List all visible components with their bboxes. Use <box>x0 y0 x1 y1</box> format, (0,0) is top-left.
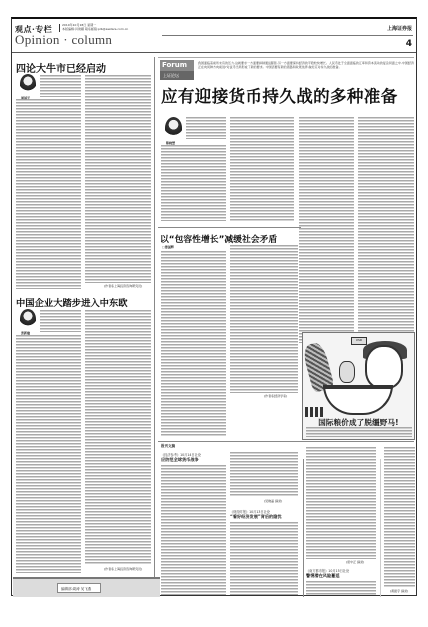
masthead: 观点·专栏 2010年10月18日 星期一 本版编辑:肖建疆 联系邮箱:plb@… <box>12 19 416 53</box>
digest-section-label: 报刊文摘 <box>161 444 175 449</box>
author-portrait <box>165 117 182 139</box>
cartoon-caption <box>306 427 412 437</box>
article-body <box>40 75 81 97</box>
author-name: □曾国辉 <box>162 245 174 249</box>
digest-body <box>161 465 226 595</box>
small-figure-illustration <box>339 361 355 383</box>
issue-meta: 2010年10月18日 星期一 本版编辑:肖建疆 联系邮箱:plb@asstar… <box>62 23 128 31</box>
section-divider <box>158 441 414 442</box>
author-credit: (作者系经济学家) <box>264 394 287 398</box>
article-body <box>85 310 151 565</box>
editorial-cartoon: USD 国际粮价成了脱缰野马! <box>302 332 415 440</box>
digest-title: 警惕潜在风险蔓延 <box>306 573 340 579</box>
editor-contact: 本版编辑:肖建疆 联系邮箱:plb@asstars.com.cn <box>62 27 128 31</box>
bowl-illustration <box>323 385 393 415</box>
newspaper-name: 上海证券报 <box>387 25 412 32</box>
headline-bull-market: 四论大牛市已经启动 <box>16 60 106 75</box>
article-body <box>186 117 226 139</box>
digest-credit: (吴晓晶 摘录) <box>264 499 282 503</box>
editor-credit: 编辑部:周涛 吴飞燕 <box>57 583 101 593</box>
section-divider <box>158 227 301 228</box>
author-portrait <box>20 74 36 94</box>
headline-monetary-war: 应有迎接货币持久战的多种准备 <box>161 83 398 107</box>
author-credit: (作者系上海投资咨询研究员) <box>104 567 142 571</box>
article-body <box>358 117 414 343</box>
article-body <box>230 117 294 221</box>
digest-body <box>384 447 415 587</box>
column-divider <box>154 57 155 597</box>
newspaper-page: 观点·专栏 2010年10月18日 星期一 本版编辑:肖建疆 联系邮箱:plb@… <box>11 17 417 596</box>
article-body <box>230 245 298 393</box>
article-body <box>16 335 81 573</box>
column-divider <box>380 459 381 597</box>
digest-body <box>230 522 298 595</box>
digest-credit: (庞中正 摘录) <box>346 560 364 564</box>
digest-title: 应防范全球货币战争 <box>161 457 199 463</box>
article-body <box>16 99 81 289</box>
digest-body <box>306 447 376 559</box>
forum-tag: Forum 上证论坛 <box>160 60 194 80</box>
digest-title: “看好经济发展”背后的隐忧 <box>230 514 282 520</box>
digest-body <box>306 581 376 595</box>
masthead-rule <box>162 35 413 36</box>
forum-tag-english: Forum <box>162 61 187 69</box>
digest-body <box>230 452 298 497</box>
editor-footer: 编辑部:周涛 吴飞燕 <box>13 577 160 597</box>
forum-top-rule <box>158 57 414 58</box>
article-body <box>40 310 81 332</box>
article-body <box>299 117 354 343</box>
column-divider <box>303 459 304 597</box>
sign-illustration: USD <box>351 337 367 345</box>
bar-illustration <box>305 407 323 417</box>
section-english-title: Opinion · column <box>15 32 112 48</box>
forum-tag-chinese: 上证论坛 <box>160 71 194 80</box>
digest-credit: (黄振宇 摘录) <box>390 589 408 593</box>
author-credit: (作者系上海投资咨询研究员) <box>104 284 142 288</box>
figure-head-illustration <box>365 345 403 389</box>
article-body <box>161 251 226 436</box>
headline-inclusive-growth: 以“包容性增长”减缓社会矛盾 <box>160 232 277 245</box>
author-portrait <box>20 309 36 329</box>
article-body <box>161 145 226 221</box>
article-body <box>85 75 151 283</box>
headline-china-enterprises: 中国企业大踏步进入中东欧 <box>16 295 128 309</box>
editor-note: 我国面临着前所未有的压力,这就要求一方面要抑制通货膨胀,另一方面要保持经济的平稳… <box>198 61 414 78</box>
page-number: 4 <box>406 39 412 49</box>
masthead-divider <box>59 24 60 32</box>
